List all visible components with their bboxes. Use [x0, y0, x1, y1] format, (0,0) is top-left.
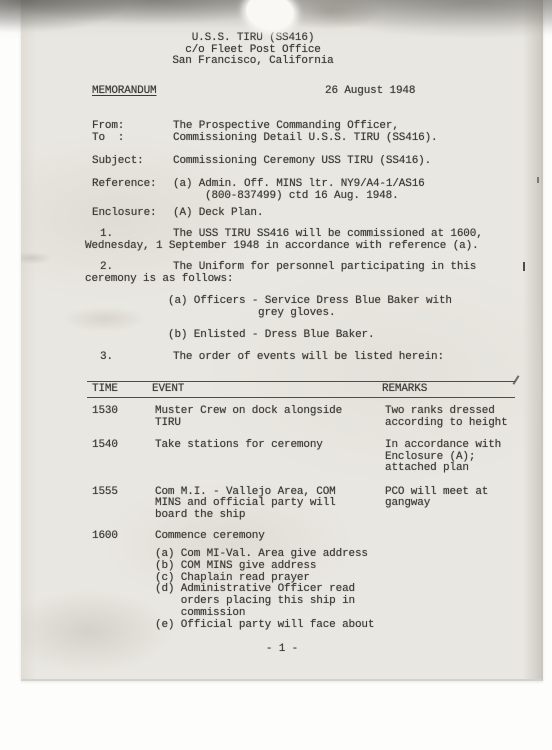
memo-document: U.S.S. TIRU (SS416) c/o Fleet Post Offic…	[21, 0, 543, 681]
event-time: 1530	[92, 406, 155, 429]
event-line: MINS and official party will	[155, 498, 385, 510]
event-remarks: In accordance with Enclosure (A); attach…	[385, 440, 543, 475]
event-time: 1600	[92, 531, 155, 543]
paragraph-2: 2.The Uniform for personnel participatin…	[21, 262, 543, 285]
paragraph-2-number: 2.	[100, 262, 173, 274]
paragraph-2-line-2: ceremony is as follows:	[21, 274, 543, 286]
paragraph-2-line-1: 2.The Uniform for personnel participatin…	[21, 262, 543, 274]
from-value: The Prospective Commanding Officer,	[173, 121, 399, 133]
from-label: From:	[92, 121, 173, 133]
memorandum-label: MEMORANDUM	[92, 86, 157, 98]
reference-value-line-1: (a) Admin. Off. MINS ltr. NY9/A4-1/AS16	[173, 179, 425, 191]
reference-value-line-2: (800-837499) ctd 16 Aug. 1948.	[173, 191, 425, 203]
letterhead: U.S.S. TIRU (SS416) c/o Fleet Post Offic…	[21, 33, 485, 68]
table-row-1600: 1600 Commence ceremony	[21, 531, 543, 543]
remark-line: gangway	[385, 498, 543, 510]
event-time: 1540	[92, 440, 155, 475]
remark-line: attached plan	[385, 463, 543, 475]
reference-label: Reference:	[92, 179, 173, 202]
column-header-time: TIME	[92, 384, 152, 396]
remark-line: In accordance with	[385, 440, 543, 452]
event-line: Commence ceremony	[155, 531, 385, 543]
letterhead-ship-name: U.S.S. TIRU (SS416)	[21, 33, 485, 45]
enclosure-row: Enclosure: (A) Deck Plan.	[21, 208, 543, 220]
event-description: Commence ceremony	[155, 531, 385, 543]
sub-event-line: (b) COM MINS give address	[155, 561, 374, 573]
address-block: From: The Prospective Commanding Officer…	[21, 121, 543, 144]
sub-event-line: commission	[155, 608, 374, 620]
events-table-body: 1530 Muster Crew on dock alongside TIRU …	[21, 406, 543, 543]
uniform-enlisted-line: (b) Enlisted - Dress Blue Baker.	[168, 330, 374, 342]
reference-value: (a) Admin. Off. MINS ltr. NY9/A4-1/AS16 …	[173, 179, 425, 202]
memo-date: 26 August 1948	[325, 86, 415, 98]
event-remarks	[385, 531, 543, 543]
subject-value: Commissioning Ceremony USS TIRU (SS416).	[173, 156, 431, 168]
paragraph-1-text: The USS TIRU SS416 will be commissioned …	[173, 228, 483, 240]
event-remarks: Two ranks dressed according to height	[385, 406, 543, 429]
to-label: To :	[92, 133, 173, 145]
paragraph-2-text: The Uniform for personnel participating …	[173, 261, 476, 273]
sub-event-line: (e) Official party will face about	[155, 620, 374, 632]
event-line: Muster Crew on dock alongside	[155, 406, 385, 418]
event-line: board the ship	[155, 510, 385, 522]
paragraph-3-text: The order of events will be listed herei…	[173, 351, 444, 363]
uniform-officers-line-2: grey gloves.	[168, 308, 452, 320]
table-row-1530: 1530 Muster Crew on dock alongside TIRU …	[21, 406, 543, 429]
event-time: 1555	[92, 487, 155, 522]
page-number: - 1 -	[21, 644, 543, 656]
event-description: Com M.I. - Vallejo Area, COM MINS and of…	[155, 487, 385, 522]
uniform-officers-line-1: (a) Officers - Service Dress Blue Baker …	[168, 296, 452, 308]
letterhead-address-2: San Francisco, California	[21, 56, 485, 68]
paragraph-1: 1.The USS TIRU SS416 will be commissione…	[21, 229, 543, 252]
paragraph-3-number: 3.	[100, 352, 173, 364]
column-header-remarks: REMARKS	[382, 384, 515, 396]
subject-label: Subject:	[92, 156, 173, 168]
event-remarks: PCO will meet at gangway	[385, 487, 543, 522]
ceremony-sub-events: (a) Com MI-Val. Area give address (b) CO…	[155, 549, 374, 632]
table-row-1555: 1555 Com M.I. - Vallejo Area, COM MINS a…	[21, 487, 543, 522]
scanned-memo-page: U.S.S. TIRU (SS416) c/o Fleet Post Offic…	[0, 0, 552, 750]
event-description: Take stations for ceremony	[155, 440, 385, 475]
event-line: Take stations for ceremony	[155, 440, 385, 452]
paragraph-1-line-1: 1.The USS TIRU SS416 will be commissione…	[21, 229, 543, 241]
reference-row: Reference: (a) Admin. Off. MINS ltr. NY9…	[21, 179, 543, 202]
remark-line: Two ranks dressed	[385, 406, 543, 418]
memo-header-row: MEMORANDUM 26 August 1948	[21, 86, 543, 98]
paragraph-3: 3.The order of events will be listed her…	[21, 352, 543, 364]
paragraph-3-line-1: 3.The order of events will be listed her…	[21, 352, 543, 364]
table-row-1540: 1540 Take stations for ceremony In accor…	[21, 440, 543, 475]
enclosure-label: Enclosure:	[92, 208, 173, 220]
enclosure-value: (A) Deck Plan.	[173, 208, 263, 220]
event-line: TIRU	[155, 418, 385, 430]
column-header-event: EVENT	[152, 384, 382, 396]
remark-line: according to height	[385, 418, 543, 430]
uniform-item-enlisted: (b) Enlisted - Dress Blue Baker.	[168, 330, 374, 342]
uniform-item-officers: (a) Officers - Service Dress Blue Baker …	[168, 296, 452, 319]
paragraph-1-line-2: Wednesday, 1 September 1948 in accordanc…	[21, 241, 543, 253]
from-row: From: The Prospective Commanding Officer…	[92, 121, 543, 133]
events-table-header: TIME EVENT REMARKS	[87, 381, 515, 398]
paragraph-1-number: 1.	[100, 229, 173, 241]
to-row: To : Commissioning Detail U.S.S. TIRU (S…	[92, 133, 543, 145]
event-description: Muster Crew on dock alongside TIRU	[155, 406, 385, 429]
subject-row: Subject: Commissioning Ceremony USS TIRU…	[21, 156, 543, 168]
to-value: Commissioning Detail U.S.S. TIRU (SS416)…	[173, 133, 438, 145]
